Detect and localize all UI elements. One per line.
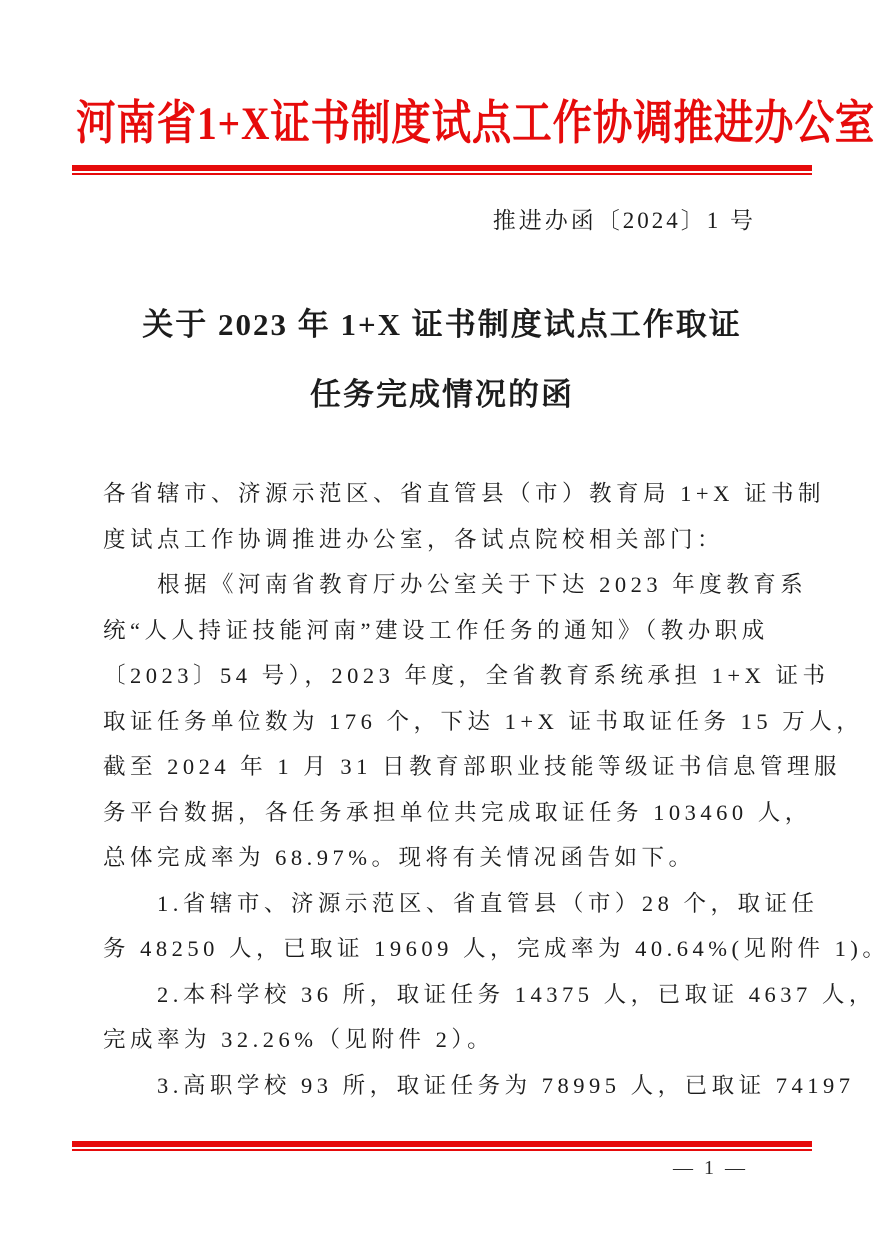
body-line: 务平台数据，各任务承担单位共完成取证任务 103460 人，	[103, 790, 775, 836]
body-line: 截至 2024 年 1 月 31 日教育部职业技能等级证书信息管理服	[103, 744, 775, 790]
body-line: 根据《河南省教育厅办公室关于下达 2023 年度教育系	[103, 562, 775, 608]
letterhead-divider-top	[72, 165, 812, 175]
divider-thin-line	[72, 1149, 812, 1151]
document-title: 关于 2023 年 1+X 证书制度试点工作取证 任务完成情况的函	[0, 290, 884, 430]
body-line: 统“人人持证技能河南”建设工作任务的通知》（教办职成	[103, 608, 775, 654]
document-number: 推进办函〔2024〕1 号	[493, 202, 756, 235]
body-line: 务 48250 人，已取证 19609 人，完成率为 40.64%(见附件 1)…	[103, 926, 775, 972]
body-line: 取证任务单位数为 176 个，下达 1+X 证书取证任务 15 万人，	[103, 699, 775, 745]
body-line: 2.本科学校 36 所，取证任务 14375 人，已取证 4637 人，	[103, 972, 775, 1018]
divider-thin-line	[72, 173, 812, 175]
body-line: 总体完成率为 68.97%。现将有关情况函告如下。	[103, 835, 775, 881]
body-line: 度试点工作协调推进办公室，各试点院校相关部门：	[103, 517, 775, 563]
document-page: 河南省1+X证书制度试点工作协调推进办公室 推进办函〔2024〕1 号 关于 2…	[0, 0, 884, 1253]
document-body: 各省辖市、济源示范区、省直管县（市）教育局 1+X 证书制度试点工作协调推进办公…	[103, 471, 775, 1108]
letterhead-office-name-text: 河南省1+X证书制度试点工作协调推进办公室	[76, 94, 875, 155]
document-title-line1: 关于 2023 年 1+X 证书制度试点工作取证	[0, 290, 884, 360]
body-line: 〔2023〕54 号），2023 年度，全省教育系统承担 1+X 证书	[103, 653, 775, 699]
body-line: 完成率为 32.26%（见附件 2）。	[103, 1017, 775, 1063]
body-paragraph: 1.省辖市、济源示范区、省直管县（市）28 个，取证任务 48250 人，已取证…	[103, 881, 775, 972]
document-title-line2: 任务完成情况的函	[0, 360, 884, 430]
body-line: 1.省辖市、济源示范区、省直管县（市）28 个，取证任	[103, 881, 775, 927]
body-line: 3.高职学校 93 所，取证任务为 78995 人，已取证 74197	[103, 1063, 775, 1109]
page-number: — 1 —	[673, 1157, 748, 1180]
body-paragraph: 各省辖市、济源示范区、省直管县（市）教育局 1+X 证书制度试点工作协调推进办公…	[103, 471, 775, 562]
footer-divider	[72, 1141, 812, 1151]
letterhead-office-name: 河南省1+X证书制度试点工作协调推进办公室	[0, 94, 884, 155]
body-line: 各省辖市、济源示范区、省直管县（市）教育局 1+X 证书制	[103, 471, 775, 517]
body-paragraph: 3.高职学校 93 所，取证任务为 78995 人，已取证 74197	[103, 1063, 775, 1109]
body-paragraph: 2.本科学校 36 所，取证任务 14375 人，已取证 4637 人，完成率为…	[103, 972, 775, 1063]
body-paragraph: 根据《河南省教育厅办公室关于下达 2023 年度教育系统“人人持证技能河南”建设…	[103, 562, 775, 881]
